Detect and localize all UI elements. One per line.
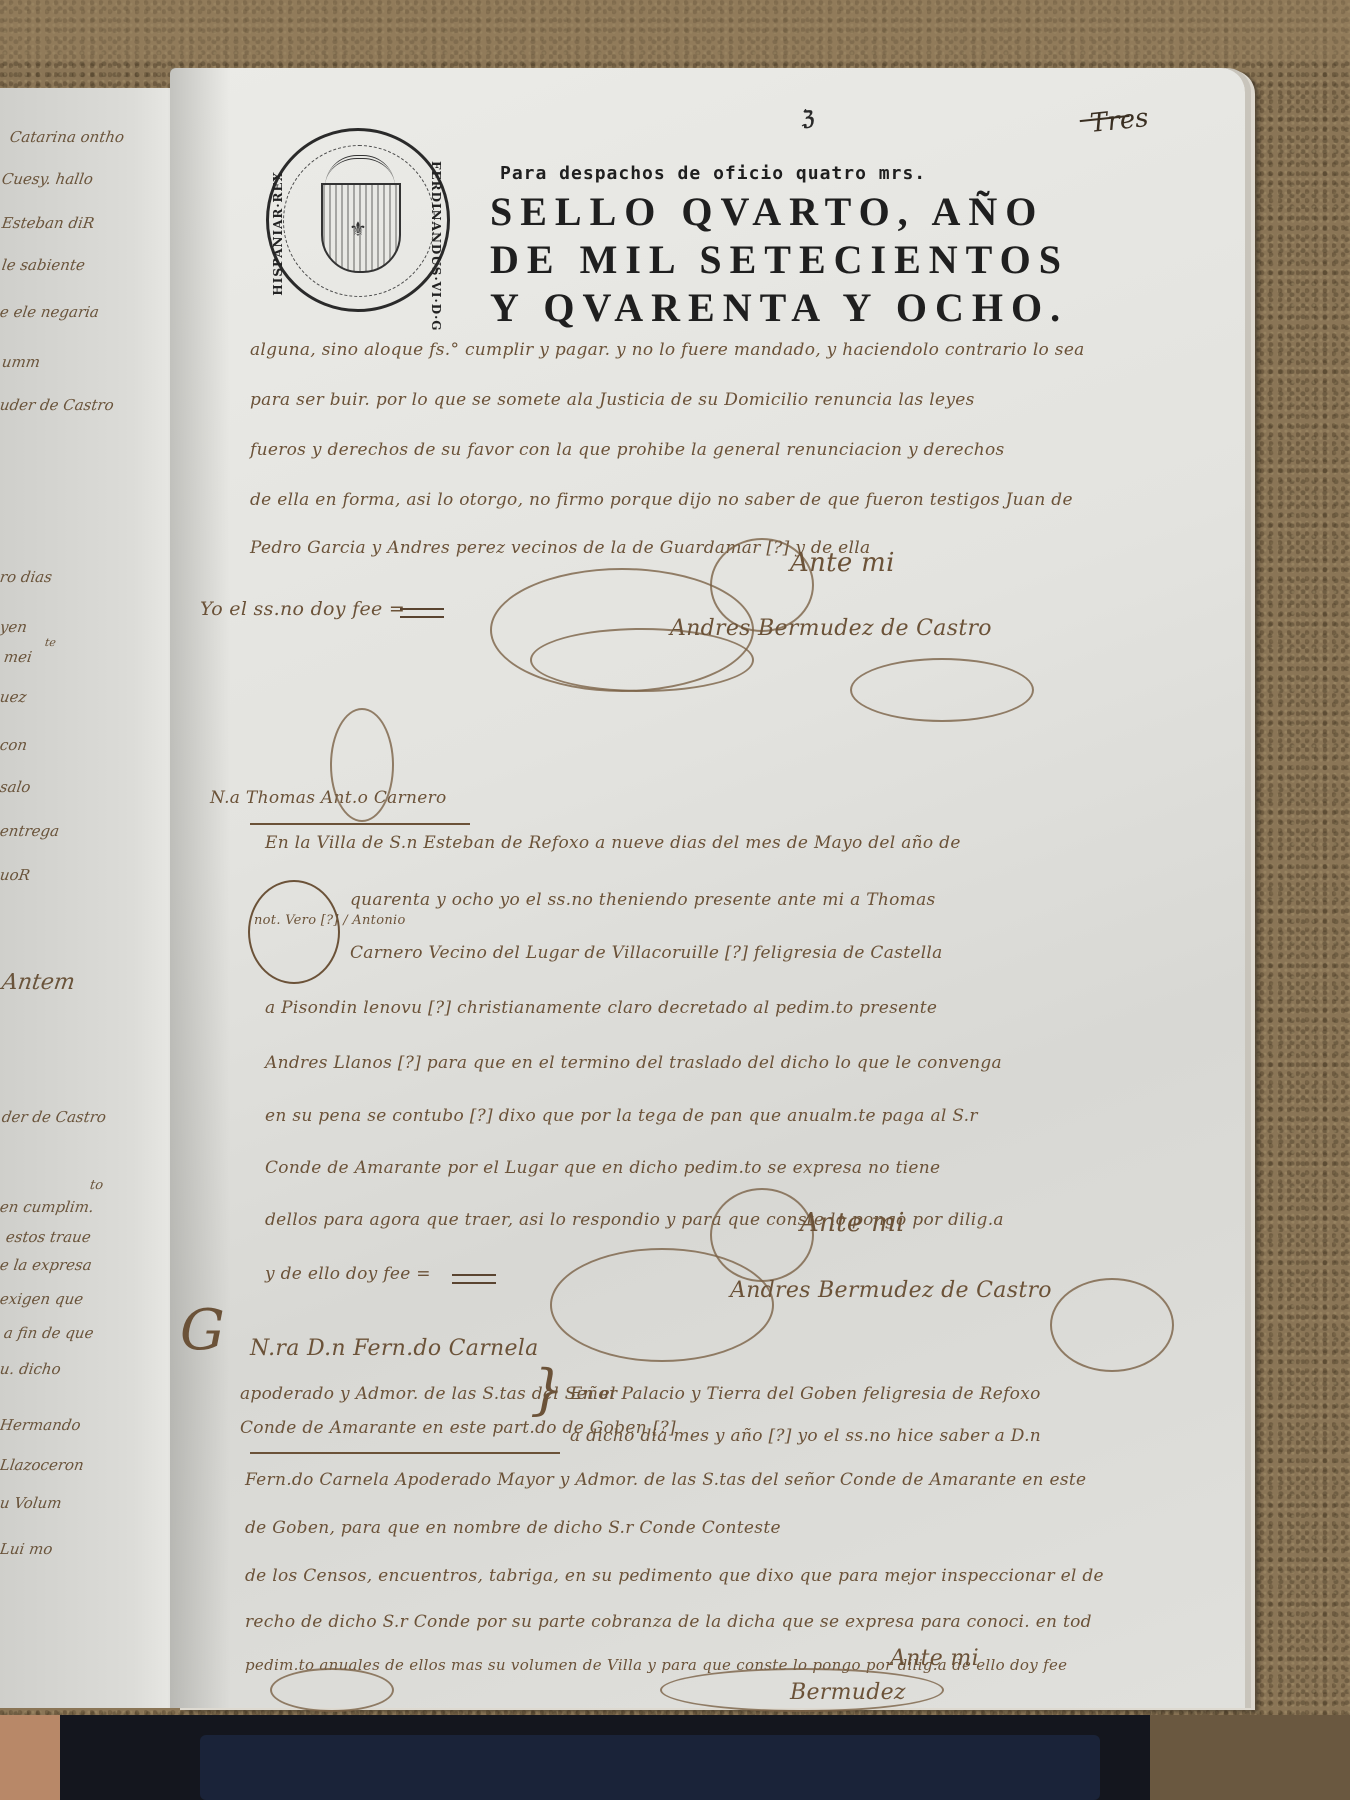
stamp-header: Para despachos de oficio quatro mrs. SEL… — [490, 163, 1130, 328]
top-mark: ℨ — [802, 106, 814, 130]
background-object — [200, 1735, 1100, 1800]
section-2-line: en su pena se contubo [?] dixo que por l… — [265, 1106, 978, 1126]
signature-flourish — [710, 1188, 814, 1282]
signature-flourish — [270, 1668, 394, 1712]
left-note: ro dias — [0, 568, 53, 586]
body-line: para ser buir. por lo que se somete ala … — [250, 390, 975, 410]
stamp-title-line: Y QVARENTA Y OCHO. — [490, 288, 1130, 328]
stamp-title-line: SELLO QVARTO, AÑO — [490, 192, 1130, 232]
left-note: u Volum — [0, 1494, 63, 1512]
page-gutter-shadow — [170, 68, 230, 1708]
section-2-line: Conde de Amarante por el Lugar que en di… — [265, 1158, 940, 1178]
background-floor — [1150, 1715, 1350, 1800]
ante-mi: Ante mi — [790, 548, 895, 578]
background-floor — [0, 1715, 60, 1800]
section-3-line: a dicho dia mes y año [?] yo el ss.no hi… — [570, 1426, 1041, 1446]
section-3-line: de los Censos, encuentros, tabriga, en s… — [245, 1566, 1104, 1586]
seal-legend-right: FERDINANDUS·VI·D·G — [429, 161, 443, 332]
margin-note-initial: G — [180, 1298, 225, 1363]
corkboard-background — [0, 0, 1350, 60]
body-line: alguna, sino aloque fs.° cumplir y pagar… — [250, 340, 1085, 360]
notary-signature: Andres Bermudez de Castro — [670, 616, 992, 641]
left-note: Catarina ontho — [9, 128, 126, 146]
left-note: Lui mo — [0, 1540, 54, 1558]
left-note: der de Castro — [1, 1108, 108, 1126]
left-note: Llazoceron — [0, 1456, 85, 1474]
section-3-line: Fern.do Carnela Apoderado Mayor y Admor.… — [245, 1470, 1086, 1490]
section-3-line: En el Palacio y Tierra del Goben feligre… — [570, 1384, 1041, 1404]
left-note: uder de Castro — [0, 396, 115, 414]
right-page: ℨ Tres ⚜ FERDINANDUS·VI·D·G HISPANIAR·RE… — [170, 68, 1245, 1708]
left-note: Cuesy. hallo — [1, 170, 94, 188]
left-note: exigen que — [0, 1290, 84, 1308]
left-note: entrega — [0, 822, 60, 840]
signature-flourish — [1050, 1278, 1174, 1372]
body-line-closing: Yo el ss.no doy fee = — [200, 598, 405, 620]
signature-flourish — [850, 658, 1034, 722]
left-note: u. dicho — [0, 1360, 62, 1378]
body-line: fueros y derechos de su favor con la que… — [250, 440, 1005, 460]
left-note: Esteban diR — [1, 214, 96, 232]
notary-signature: Andres Bermudez de Castro — [730, 1278, 1052, 1303]
left-note: uez — [0, 688, 28, 706]
section-3-line: de Goben, para que en nombre de dicho S.… — [245, 1518, 781, 1538]
left-note: to — [89, 1178, 104, 1193]
margin-note: N.a Thomas Ant.o Carnero — [210, 788, 447, 808]
left-note: con — [0, 736, 28, 754]
double-rule — [452, 1274, 496, 1284]
left-note: te — [44, 636, 57, 649]
section-2-line: Andres Llanos [?] para que en el termino… — [265, 1053, 1002, 1073]
page-number: Tres — [1089, 103, 1150, 139]
flourish — [330, 708, 394, 822]
stamp-subtitle: Para despachos de oficio quatro mrs. — [500, 163, 1130, 184]
royal-seal-icon: ⚜ FERDINANDUS·VI·D·G HISPANIAR·REX — [266, 128, 450, 312]
left-note: yen — [0, 618, 28, 636]
margin-circle — [248, 880, 340, 984]
left-note: e ele negaria — [0, 303, 100, 321]
ante-mi: Ante mi — [890, 1646, 979, 1671]
seal-legend-left: HISPANIAR·REX — [271, 171, 285, 296]
left-note: uoR — [0, 866, 31, 884]
left-note: umm — [1, 353, 42, 371]
left-note: a fin de que — [3, 1324, 95, 1342]
left-note: Hermando — [0, 1416, 82, 1434]
section-3-line: recho de dicho S.r Conde por su parte co… — [245, 1612, 1092, 1632]
left-note: e la expresa — [0, 1256, 93, 1274]
notary-signature: Bermudez — [790, 1680, 906, 1705]
left-note: mei — [3, 648, 33, 666]
left-note: estos traue — [5, 1228, 92, 1246]
section-2-line: En la Villa de S.n Esteban de Refoxo a n… — [265, 833, 961, 853]
left-note: en cumplim. — [0, 1198, 95, 1216]
brace-mark: } — [530, 1358, 564, 1421]
bottom-shadow — [0, 1715, 1350, 1800]
page-number-text: Tres — [1089, 103, 1150, 139]
double-rule — [400, 608, 444, 618]
left-note: salo — [0, 778, 32, 796]
section-2-line: Carnero Vecino del Lugar de Villacoruill… — [350, 943, 943, 963]
margin-note-heading: N.ra D.n Fern.do Carnela — [250, 1336, 539, 1361]
body-line: de ella en forma, asi lo otorgo, no firm… — [250, 490, 1073, 510]
left-note: le sabiente — [1, 256, 86, 274]
section-2-line: y de ello doy fee = — [265, 1264, 431, 1284]
ante-mi: Ante mi — [800, 1208, 905, 1238]
margin-circle-note: not. Vero [?] / Antonio — [254, 913, 406, 928]
stamp-title-line: DE MIL SETECIENTOS — [490, 240, 1130, 280]
underline — [250, 1452, 560, 1454]
left-page: Catarina ontho Cuesy. hallo Esteban diR … — [0, 88, 190, 1708]
fleur-de-lis-icon: ⚜ — [349, 217, 367, 241]
section-2-line: quarenta y ocho yo el ss.no theniendo pr… — [350, 890, 936, 910]
underline — [250, 823, 470, 825]
section-2-line: a Pisondin lenovu [?] christianamente cl… — [265, 998, 937, 1018]
left-note: Antem — [0, 970, 76, 995]
